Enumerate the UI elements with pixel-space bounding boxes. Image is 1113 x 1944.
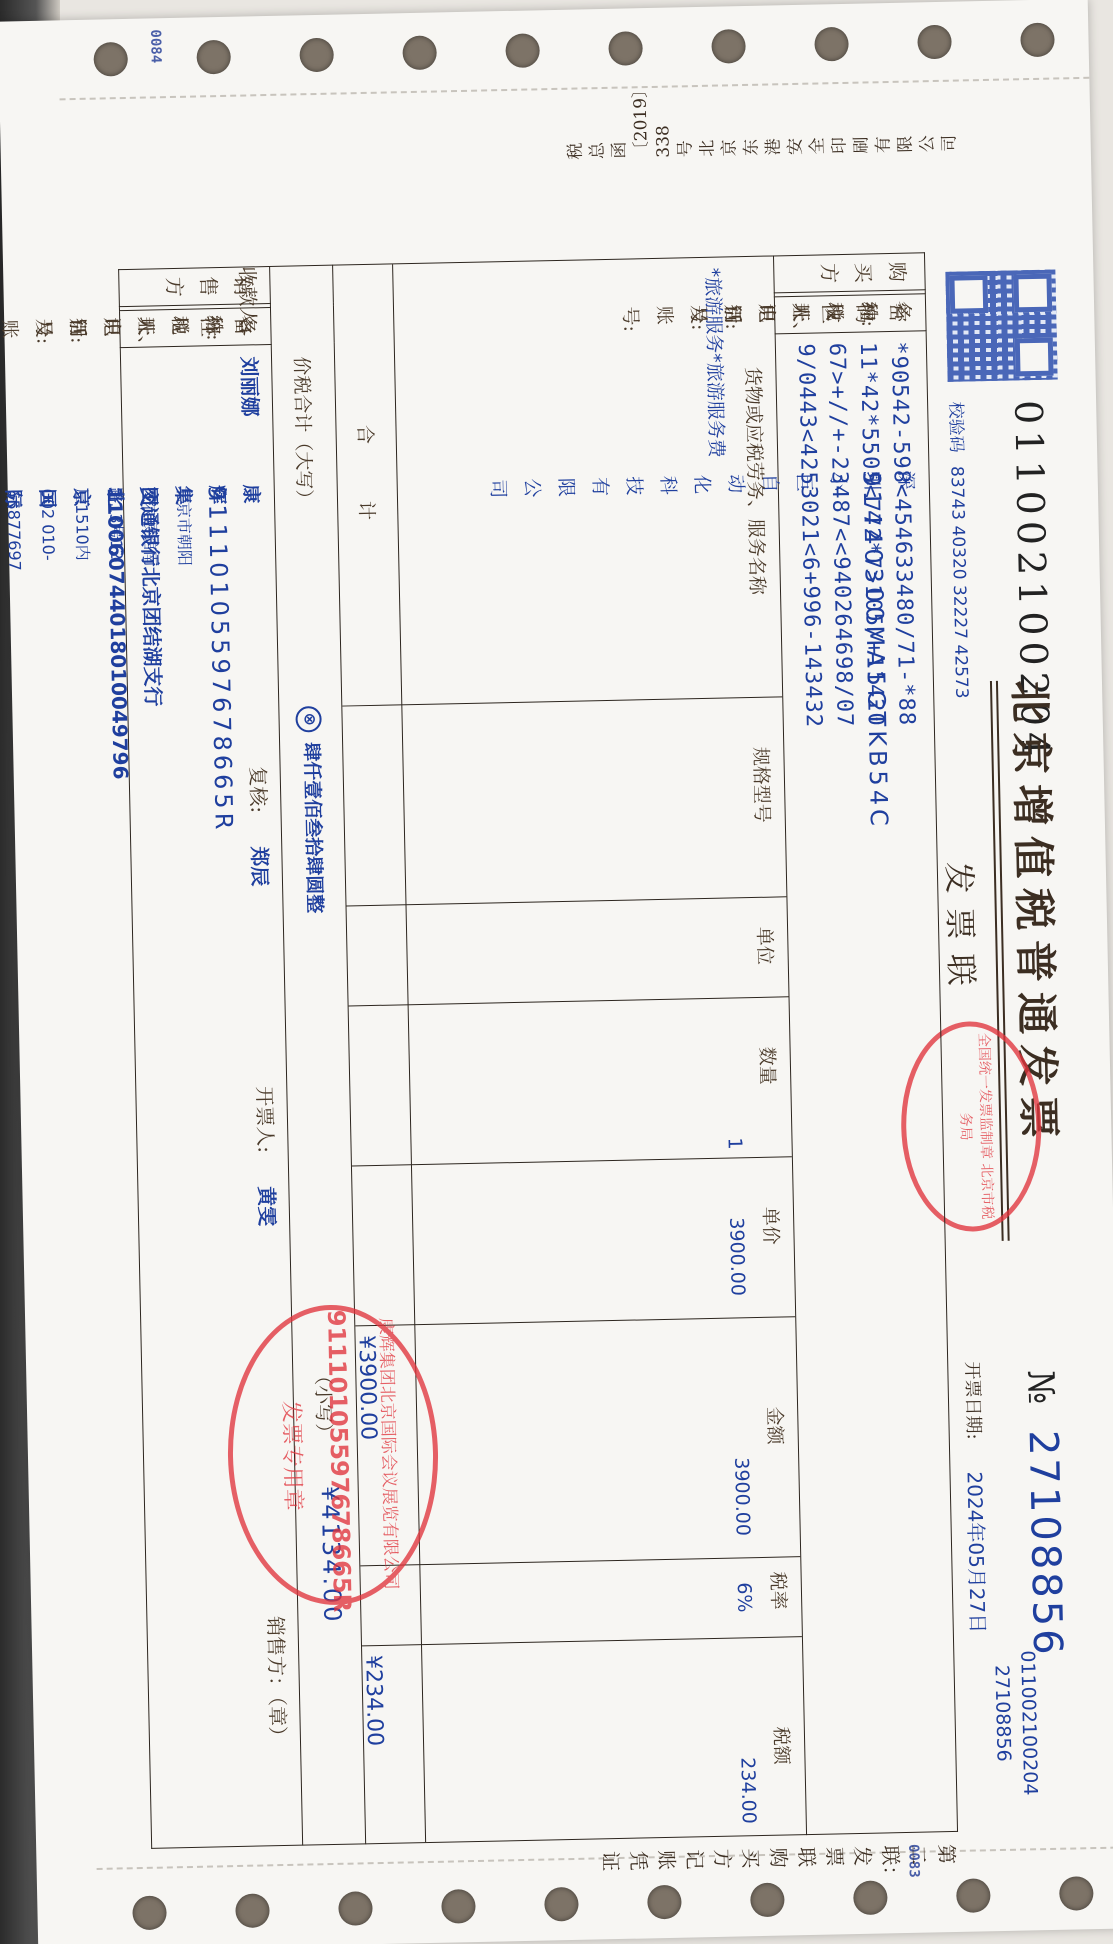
total-label: 价税合计（大写） (289, 356, 319, 509)
sprocket-hole-icon (853, 1880, 888, 1915)
qr-finder-icon (949, 275, 988, 314)
copy-label: 第二联：发票联 购买方记账凭证 (596, 1844, 961, 1880)
issue-date: 2024年05月27日 (961, 1471, 993, 1633)
total-words-text: 肆仟壹佰叁拾肆圆整 (300, 742, 326, 913)
invoice-paper: 0084 0083 税总函〔2019〕338号北京东港安全印刷有限公司 0110… (0, 0, 1113, 1944)
header-unit: 单位 (752, 926, 780, 965)
sum-tax: ¥234.00 (360, 1655, 387, 1746)
check-code: 校验码 83743 40320 32227 42573 (945, 401, 976, 698)
reviewer-label: 复核: (245, 766, 275, 813)
reviewer: 郑辰 (246, 846, 276, 887)
sprocket-hole-icon (132, 1896, 167, 1931)
sprocket-hole-icon (711, 29, 746, 64)
item-tax: 234.00 (736, 1757, 759, 1824)
buyer-address-label: 地址、电话: (817, 302, 852, 341)
stamp-seller-name: 康辉集团北京国际会议展览有限公司 (375, 1308, 406, 1598)
seller-bank-label: 开户行及账号: (128, 316, 163, 342)
item-qty: 1 (723, 1137, 745, 1150)
invoice-subtitle: 发票联 (938, 861, 987, 1000)
total-words: ⊗肆仟壹佰叁拾肆圆整 (295, 706, 329, 914)
sum-label: 合 计 (352, 425, 381, 521)
invoice-number-label: № (1019, 1370, 1061, 1405)
header-amount: 金额 (762, 1406, 790, 1445)
sprocket-hole-icon (647, 1885, 682, 1920)
seal-label: 销售方：（章） (262, 1616, 294, 1747)
column-divider (349, 996, 789, 1006)
issuer: 黄雯 (253, 1186, 283, 1227)
header-spec: 规格型号 (748, 747, 777, 824)
sprocket-hole-icon (441, 1889, 476, 1924)
invoice-number: 27108856 (1020, 1430, 1071, 1659)
edge-code-top: 0084 (147, 29, 164, 63)
check-code-value: 83743 40320 32227 42573 (946, 466, 971, 699)
buyer-bank-label: 开户行及账号: (783, 303, 818, 329)
sprocket-hole-icon (402, 35, 437, 70)
seller-bank: 交通银行北京团结湖支行 110060744018010049796 (132, 486, 172, 779)
item-name: *旅游服务*旅游服务费 (700, 267, 731, 458)
column-divider (355, 1316, 795, 1326)
cross-circle-icon: ⊗ (295, 706, 322, 733)
header-item-name: 货物或应税劳务、服务名称 (740, 367, 772, 596)
item-price: 3900.00 (725, 1217, 749, 1296)
sprocket-hole-icon (917, 25, 952, 60)
buyer-side-label: 购买方 (773, 253, 925, 293)
column-divider (360, 1556, 800, 1566)
buyer-tax-id-label: 纳税人识别号: (851, 301, 886, 327)
seller-address-label: 地址、电话: (162, 316, 197, 355)
buyer-name-label: 名称: (885, 300, 920, 326)
tax-bureau-stamp-text: 全国统一发票监制章 北京市税务局 (954, 1026, 998, 1227)
sprocket-hole-icon (196, 40, 231, 75)
column-divider (346, 896, 786, 906)
sprocket-hole-icon (235, 1893, 270, 1928)
column-divider (342, 696, 782, 706)
item-amount: 3900.00 (730, 1457, 754, 1536)
sprocket-holes-top (58, 9, 1089, 91)
sprocket-hole-icon (750, 1883, 785, 1918)
header-tax: 税额 (769, 1726, 797, 1765)
header-qty: 数量 (755, 1046, 783, 1085)
sprocket-hole-icon (299, 38, 334, 73)
sprocket-hole-icon (338, 1891, 373, 1926)
sprocket-hole-icon (814, 27, 849, 62)
issue-date-label: 开票日期: (960, 1361, 988, 1440)
qr-finder-icon (1015, 338, 1054, 377)
sprocket-hole-icon (608, 31, 643, 66)
code-number-small: 011002100204 27108856 (988, 1650, 1043, 1796)
stamp-tax-id: 91110105597678665R (322, 1310, 356, 1601)
invoice-rotated: 税总函〔2019〕338号北京东港安全印刷有限公司 011002100204 校… (180, 119, 1097, 1897)
sprocket-hole-icon (1058, 1876, 1093, 1911)
header-rate: 税率 (766, 1571, 794, 1610)
payee-label: 收款人: (234, 266, 264, 333)
seller-address: 北京市朝阳区农展馆南路13号12层1510内002 010-65877697 (166, 486, 202, 568)
issuer-label: 开票人: (251, 1086, 281, 1153)
header-price: 单价 (758, 1206, 786, 1245)
check-code-label: 校验码 (945, 401, 966, 452)
sprocket-hole-icon (544, 1887, 579, 1922)
invoice-number-small: 27108856 (988, 1651, 1017, 1797)
invoice-code-small: 011002100204 (1014, 1650, 1043, 1796)
buyer-name: 深圳小巨自动化科技有限公司 (889, 470, 923, 490)
column-divider (362, 1636, 802, 1646)
sprocket-hole-icon (505, 33, 540, 68)
column-divider (352, 1156, 792, 1166)
payee: 刘丽娜 (236, 356, 266, 417)
sprocket-hole-icon (956, 1878, 991, 1913)
item-rate: 6% (733, 1582, 756, 1613)
sprocket-hole-icon (93, 42, 128, 77)
items-section: 货物或应税劳务、服务名称 规格型号 单位 数量 单价 金额 税率 税额 *旅游服… (333, 256, 807, 1844)
qr-finder-icon (1013, 274, 1052, 313)
qr-code-icon (945, 270, 1057, 382)
sprocket-hole-icon (1020, 23, 1055, 58)
printer-note: 税总函〔2019〕338号北京东港安全印刷有限公司 (564, 121, 961, 159)
invoice: 税总函〔2019〕338号北京东港安全印刷有限公司 011002100204 校… (180, 119, 1097, 1897)
